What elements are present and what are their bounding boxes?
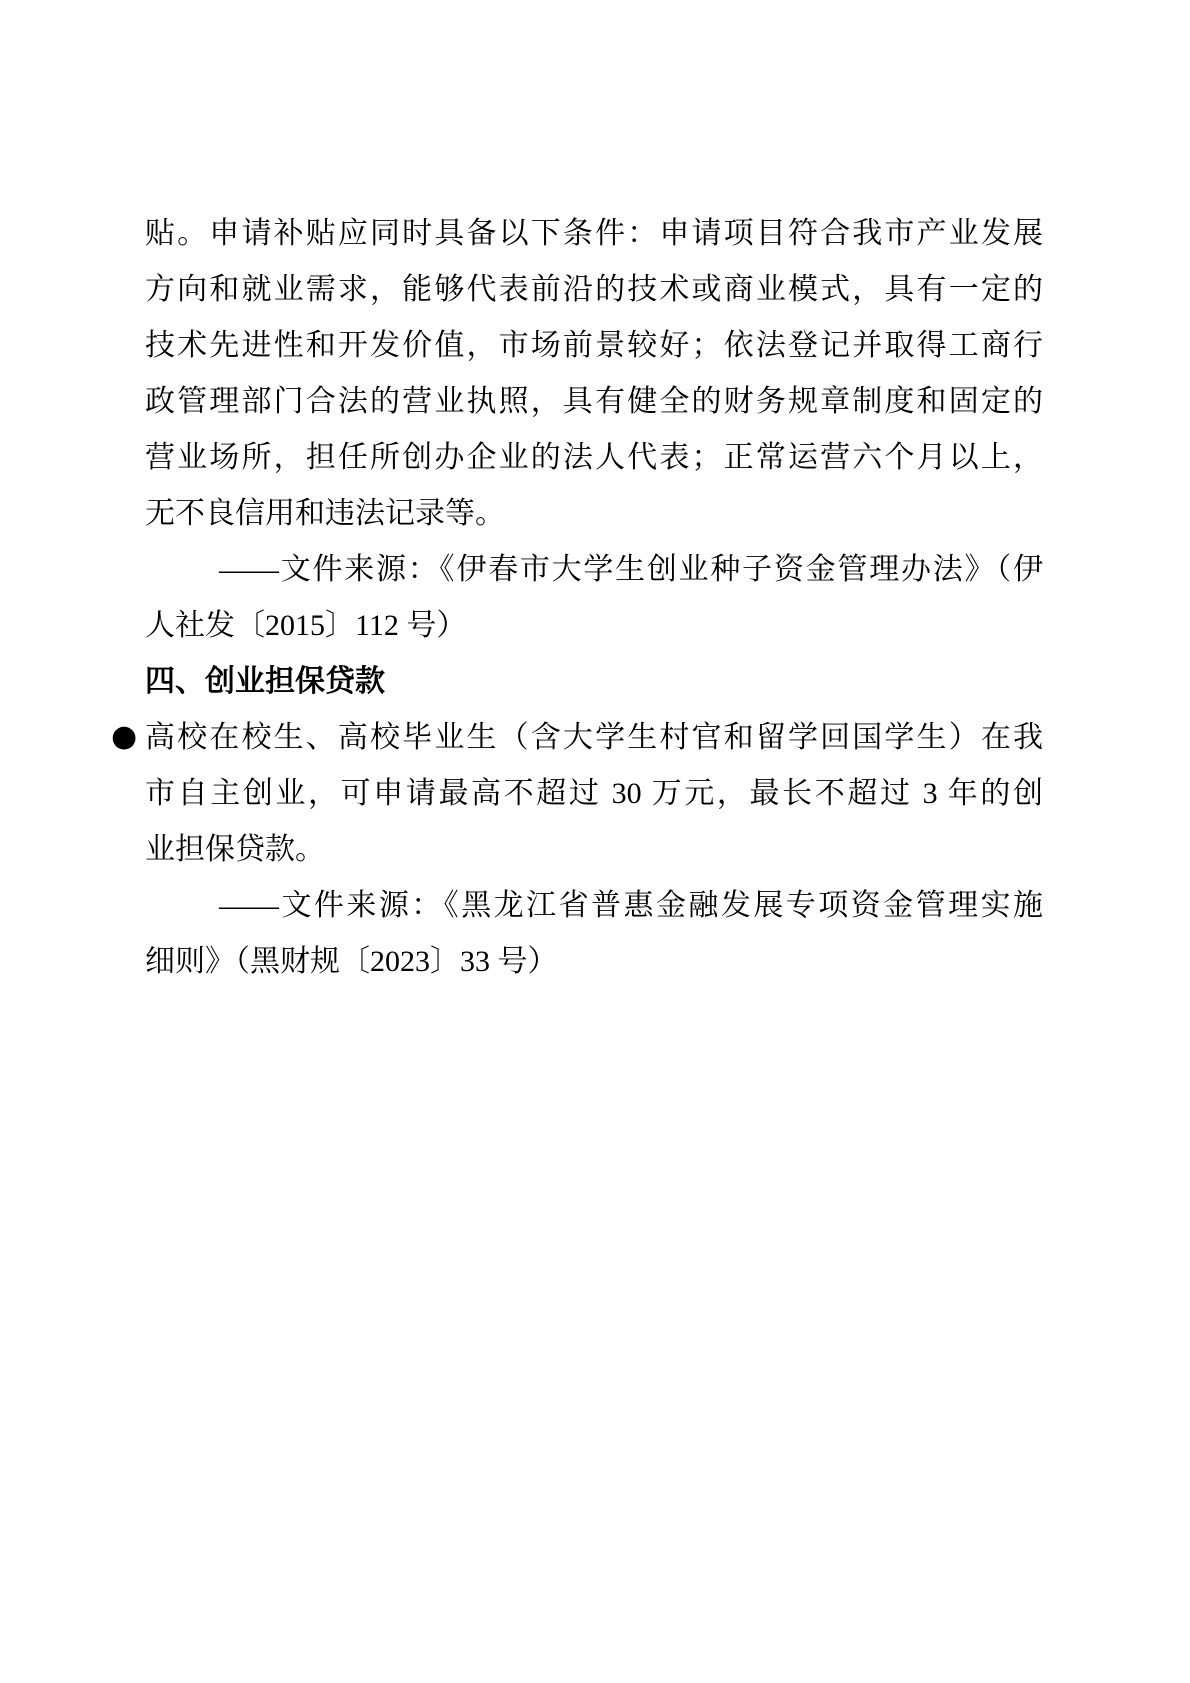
source-citation-line: 细则》（黑财规〔2023〕33 号） bbox=[145, 934, 1043, 990]
source-citation-line: ——文件来源：《伊春市大学生创业种子资金管理办法》（伊 bbox=[145, 542, 1043, 598]
bullet-icon: ● bbox=[111, 710, 137, 766]
body-text-line: 无不良信用和违法记录等。 bbox=[145, 486, 1043, 542]
text-block: 贴。申请补贴应同时具备以下条件：申请项目符合我市产业发展 方向和就业需求，能够代… bbox=[145, 206, 1043, 990]
bullet-item-line: 市自主创业，可申请最高不超过 30 万元，最长不超过 3 年的创 bbox=[145, 766, 1043, 822]
source-citation-line: ——文件来源：《黑龙江省普惠金融发展专项资金管理实施 bbox=[145, 878, 1043, 934]
body-text-line: 方向和就业需求，能够代表前沿的技术或商业模式，具有一定的 bbox=[145, 262, 1043, 318]
bullet-item-text: 高校在校生、高校毕业生（含大学生村官和留学回国学生）在我 bbox=[145, 721, 1043, 754]
body-text-line: 营业场所，担任所创办企业的法人代表；正常运营六个月以上， bbox=[145, 430, 1043, 486]
body-text-line: 贴。申请补贴应同时具备以下条件：申请项目符合我市产业发展 bbox=[145, 206, 1043, 262]
document-page: 贴。申请补贴应同时具备以下条件：申请项目符合我市产业发展 方向和就业需求，能够代… bbox=[0, 0, 1190, 1683]
bullet-item-line: ●高校在校生、高校毕业生（含大学生村官和留学回国学生）在我 bbox=[145, 710, 1043, 766]
body-text-line: 技术先进性和开发价值，市场前景较好；依法登记并取得工商行 bbox=[145, 318, 1043, 374]
bullet-item-line: 业担保贷款。 bbox=[145, 822, 1043, 878]
section-heading: 四、创业担保贷款 bbox=[145, 654, 1043, 710]
body-text-line: 政管理部门合法的营业执照，具有健全的财务规章制度和固定的 bbox=[145, 374, 1043, 430]
source-citation-line: 人社发〔2015〕112 号） bbox=[145, 598, 1043, 654]
